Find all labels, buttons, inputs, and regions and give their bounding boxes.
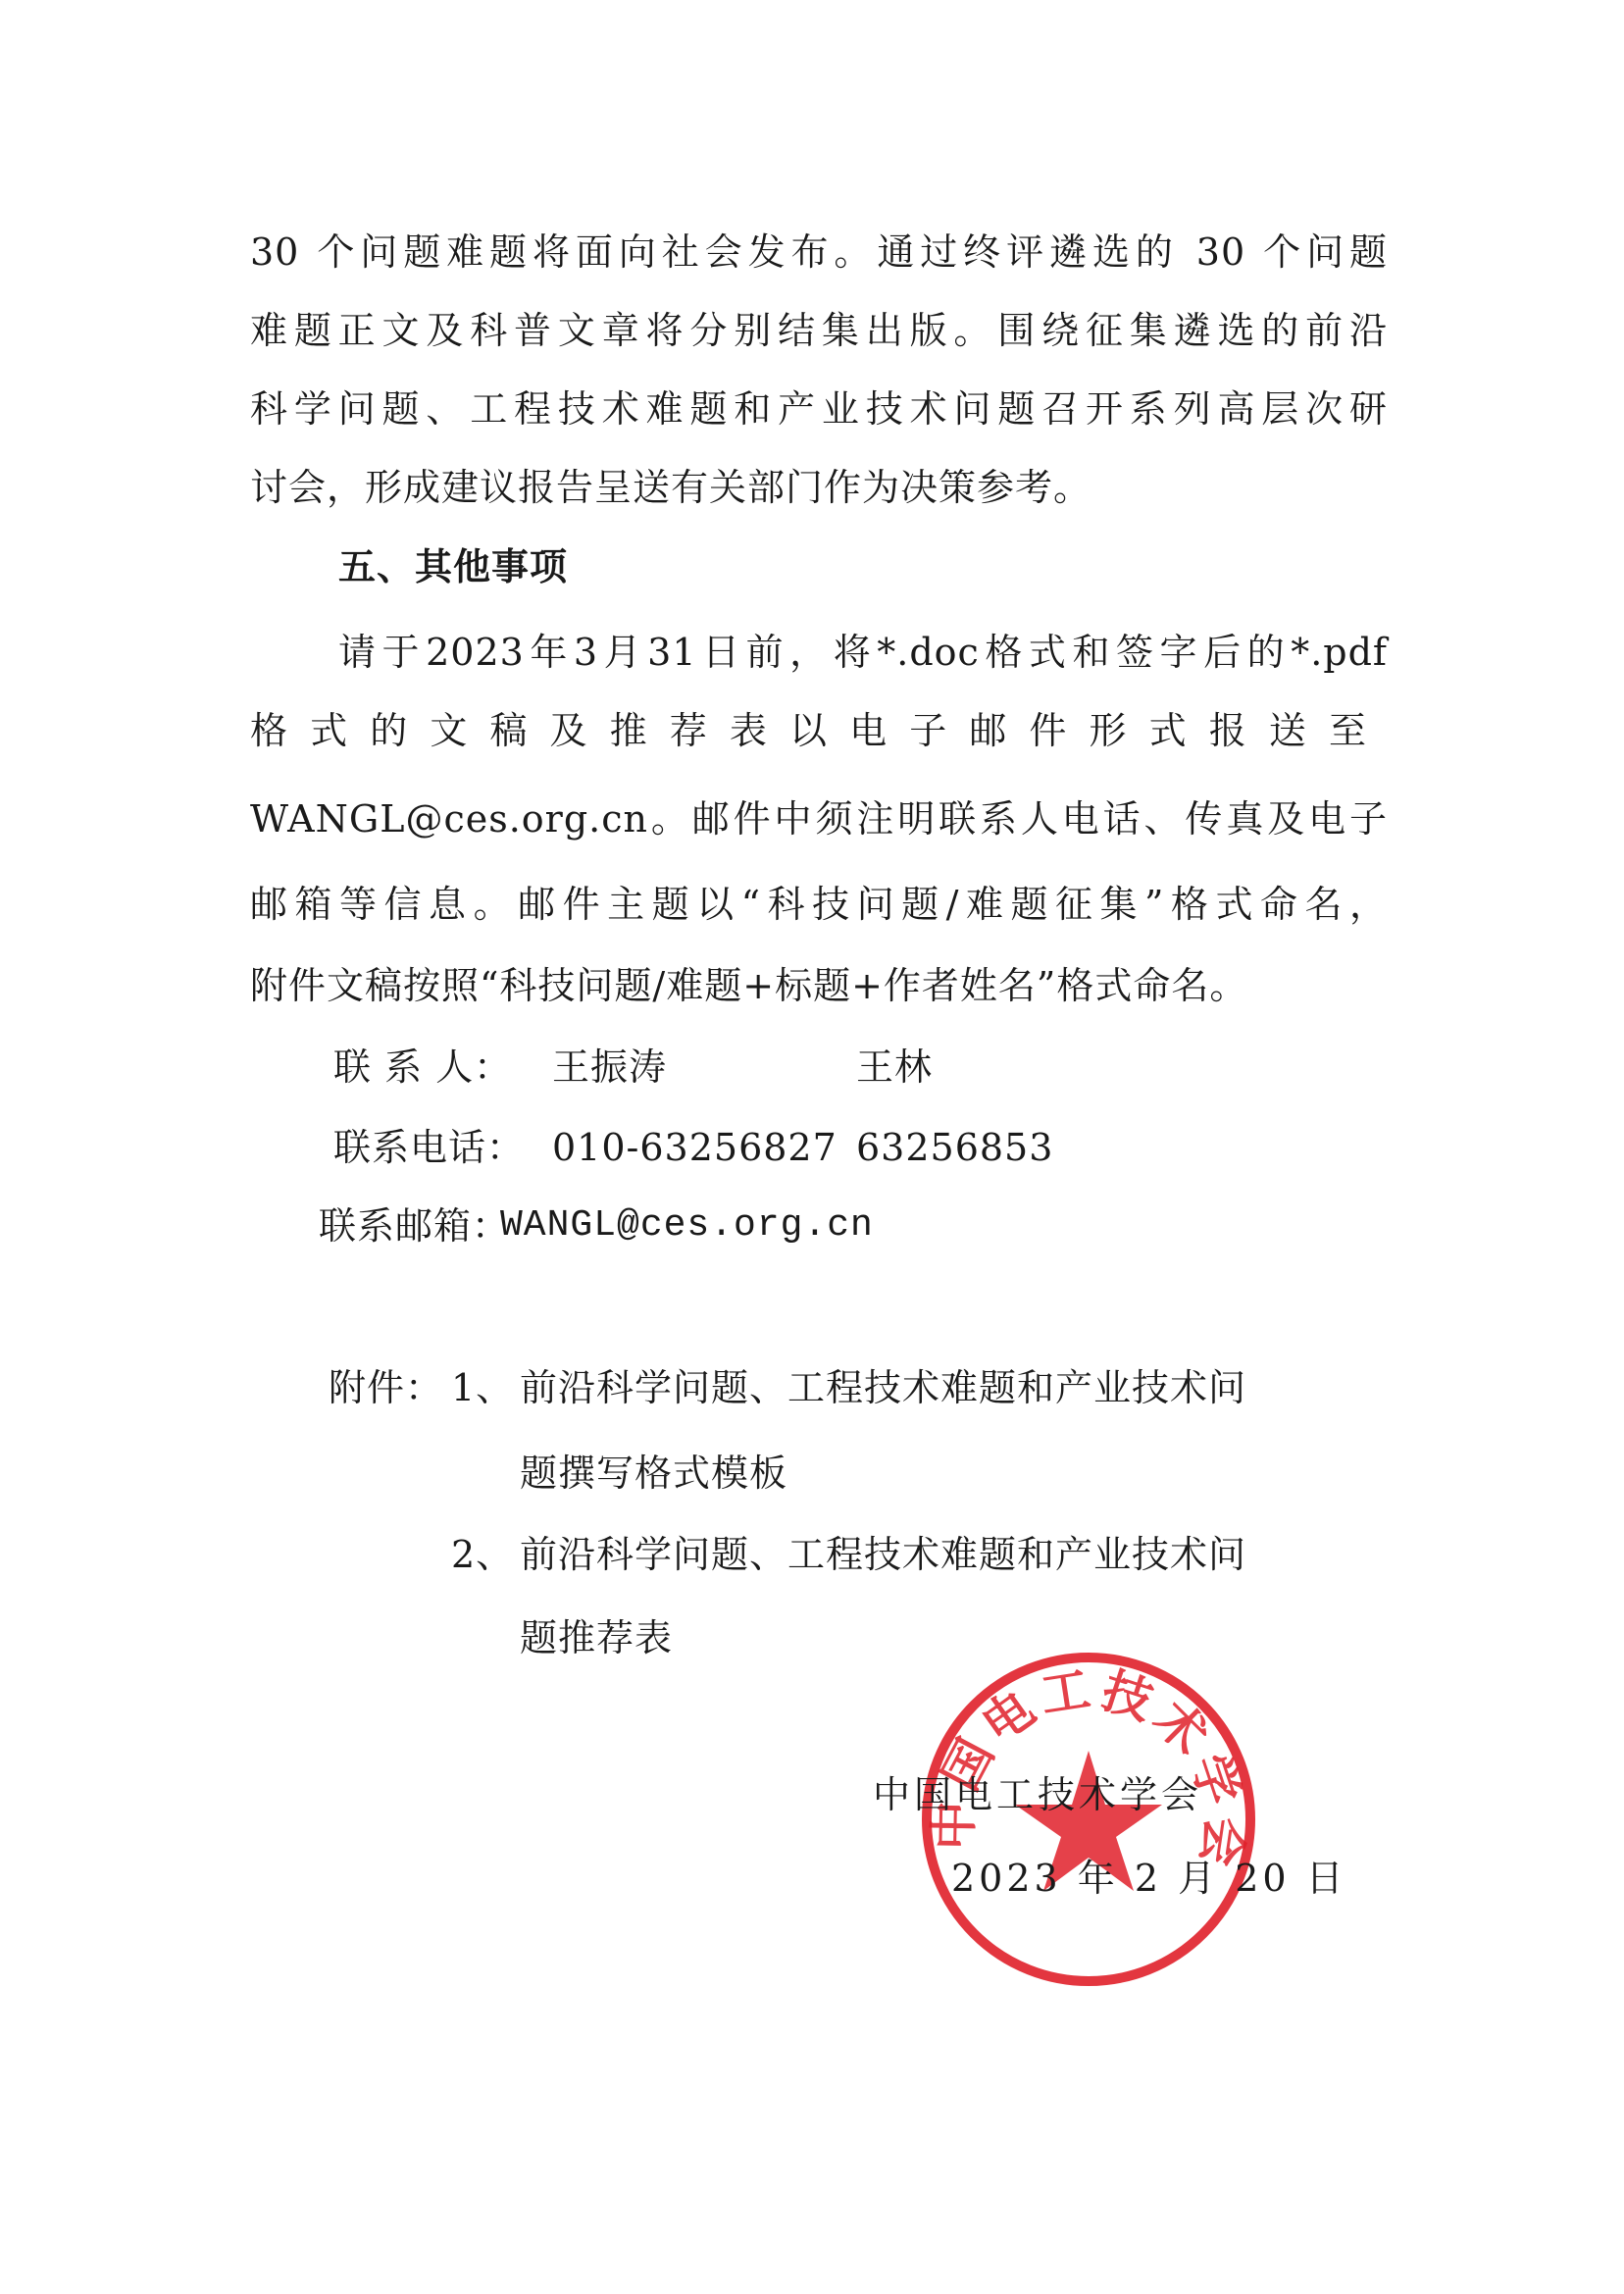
paragraph-line: 请于2023年3月31日前，将*.doc格式和签字后的*.pdf xyxy=(338,628,1388,677)
contact-person-2: 王林 xyxy=(856,1043,933,1092)
contact-phone-2: 63256853 xyxy=(856,1123,1053,1172)
attachment-title: 题推荐表 xyxy=(520,1613,673,1662)
signature-date: 2023 年 2 月 20 日 xyxy=(951,1854,1347,1903)
contact-email-label: 联系邮箱： xyxy=(319,1201,510,1250)
attachment-title: 前沿科学问题、工程技术难题和产业技术问 xyxy=(520,1530,1246,1579)
paragraph-line: 科学问题、工程技术难题和产业技术问题召开系列高层次研 xyxy=(250,384,1388,433)
attachment-title: 题撰写格式模板 xyxy=(520,1449,787,1498)
contact-person-label: 联 系 人： xyxy=(333,1043,512,1092)
official-seal-icon: 中国电工技术学会 xyxy=(917,1648,1260,1991)
paragraph-line: 邮箱等信息。邮件主题以“科技问题/难题征集”格式命名， xyxy=(250,880,1388,929)
contact-person-1: 王振涛 xyxy=(552,1043,667,1092)
contact-phone-1: 010-63256827 xyxy=(552,1123,837,1172)
attachment-number: 1、 xyxy=(451,1363,514,1412)
paragraph-line: 难题正文及科普文章将分别结集出版。围绕征集遴选的前沿 xyxy=(250,306,1388,355)
contact-phone-label: 联系电话： xyxy=(333,1123,525,1172)
paragraph-line: 30 个问题难题将面向社会发布。通过终评遴选的 30 个问题 xyxy=(250,228,1388,277)
paragraph-line: 格式的文稿及推荐表以电子邮件形式报送至 xyxy=(250,706,1388,755)
section-heading: 五、其他事项 xyxy=(338,542,568,591)
paragraph-line: 讨会，形成建议报告呈送有关部门作为决策参考。 xyxy=(250,463,1388,512)
contact-email[interactable]: WANGL@ces.org.cn xyxy=(500,1201,874,1250)
paragraph-line: WANGL@ces.org.cn。邮件中须注明联系人电话、传真及电子 xyxy=(250,794,1388,843)
signature-organization: 中国电工技术学会 xyxy=(873,1770,1202,1819)
attachment-title: 前沿科学问题、工程技术难题和产业技术问 xyxy=(520,1363,1246,1412)
paragraph-line: 附件文稿按照“科技问题/难题+标题+作者姓名”格式命名。 xyxy=(250,961,1388,1010)
attachments-label: 附件： xyxy=(329,1363,443,1412)
attachment-number: 2、 xyxy=(451,1530,514,1579)
